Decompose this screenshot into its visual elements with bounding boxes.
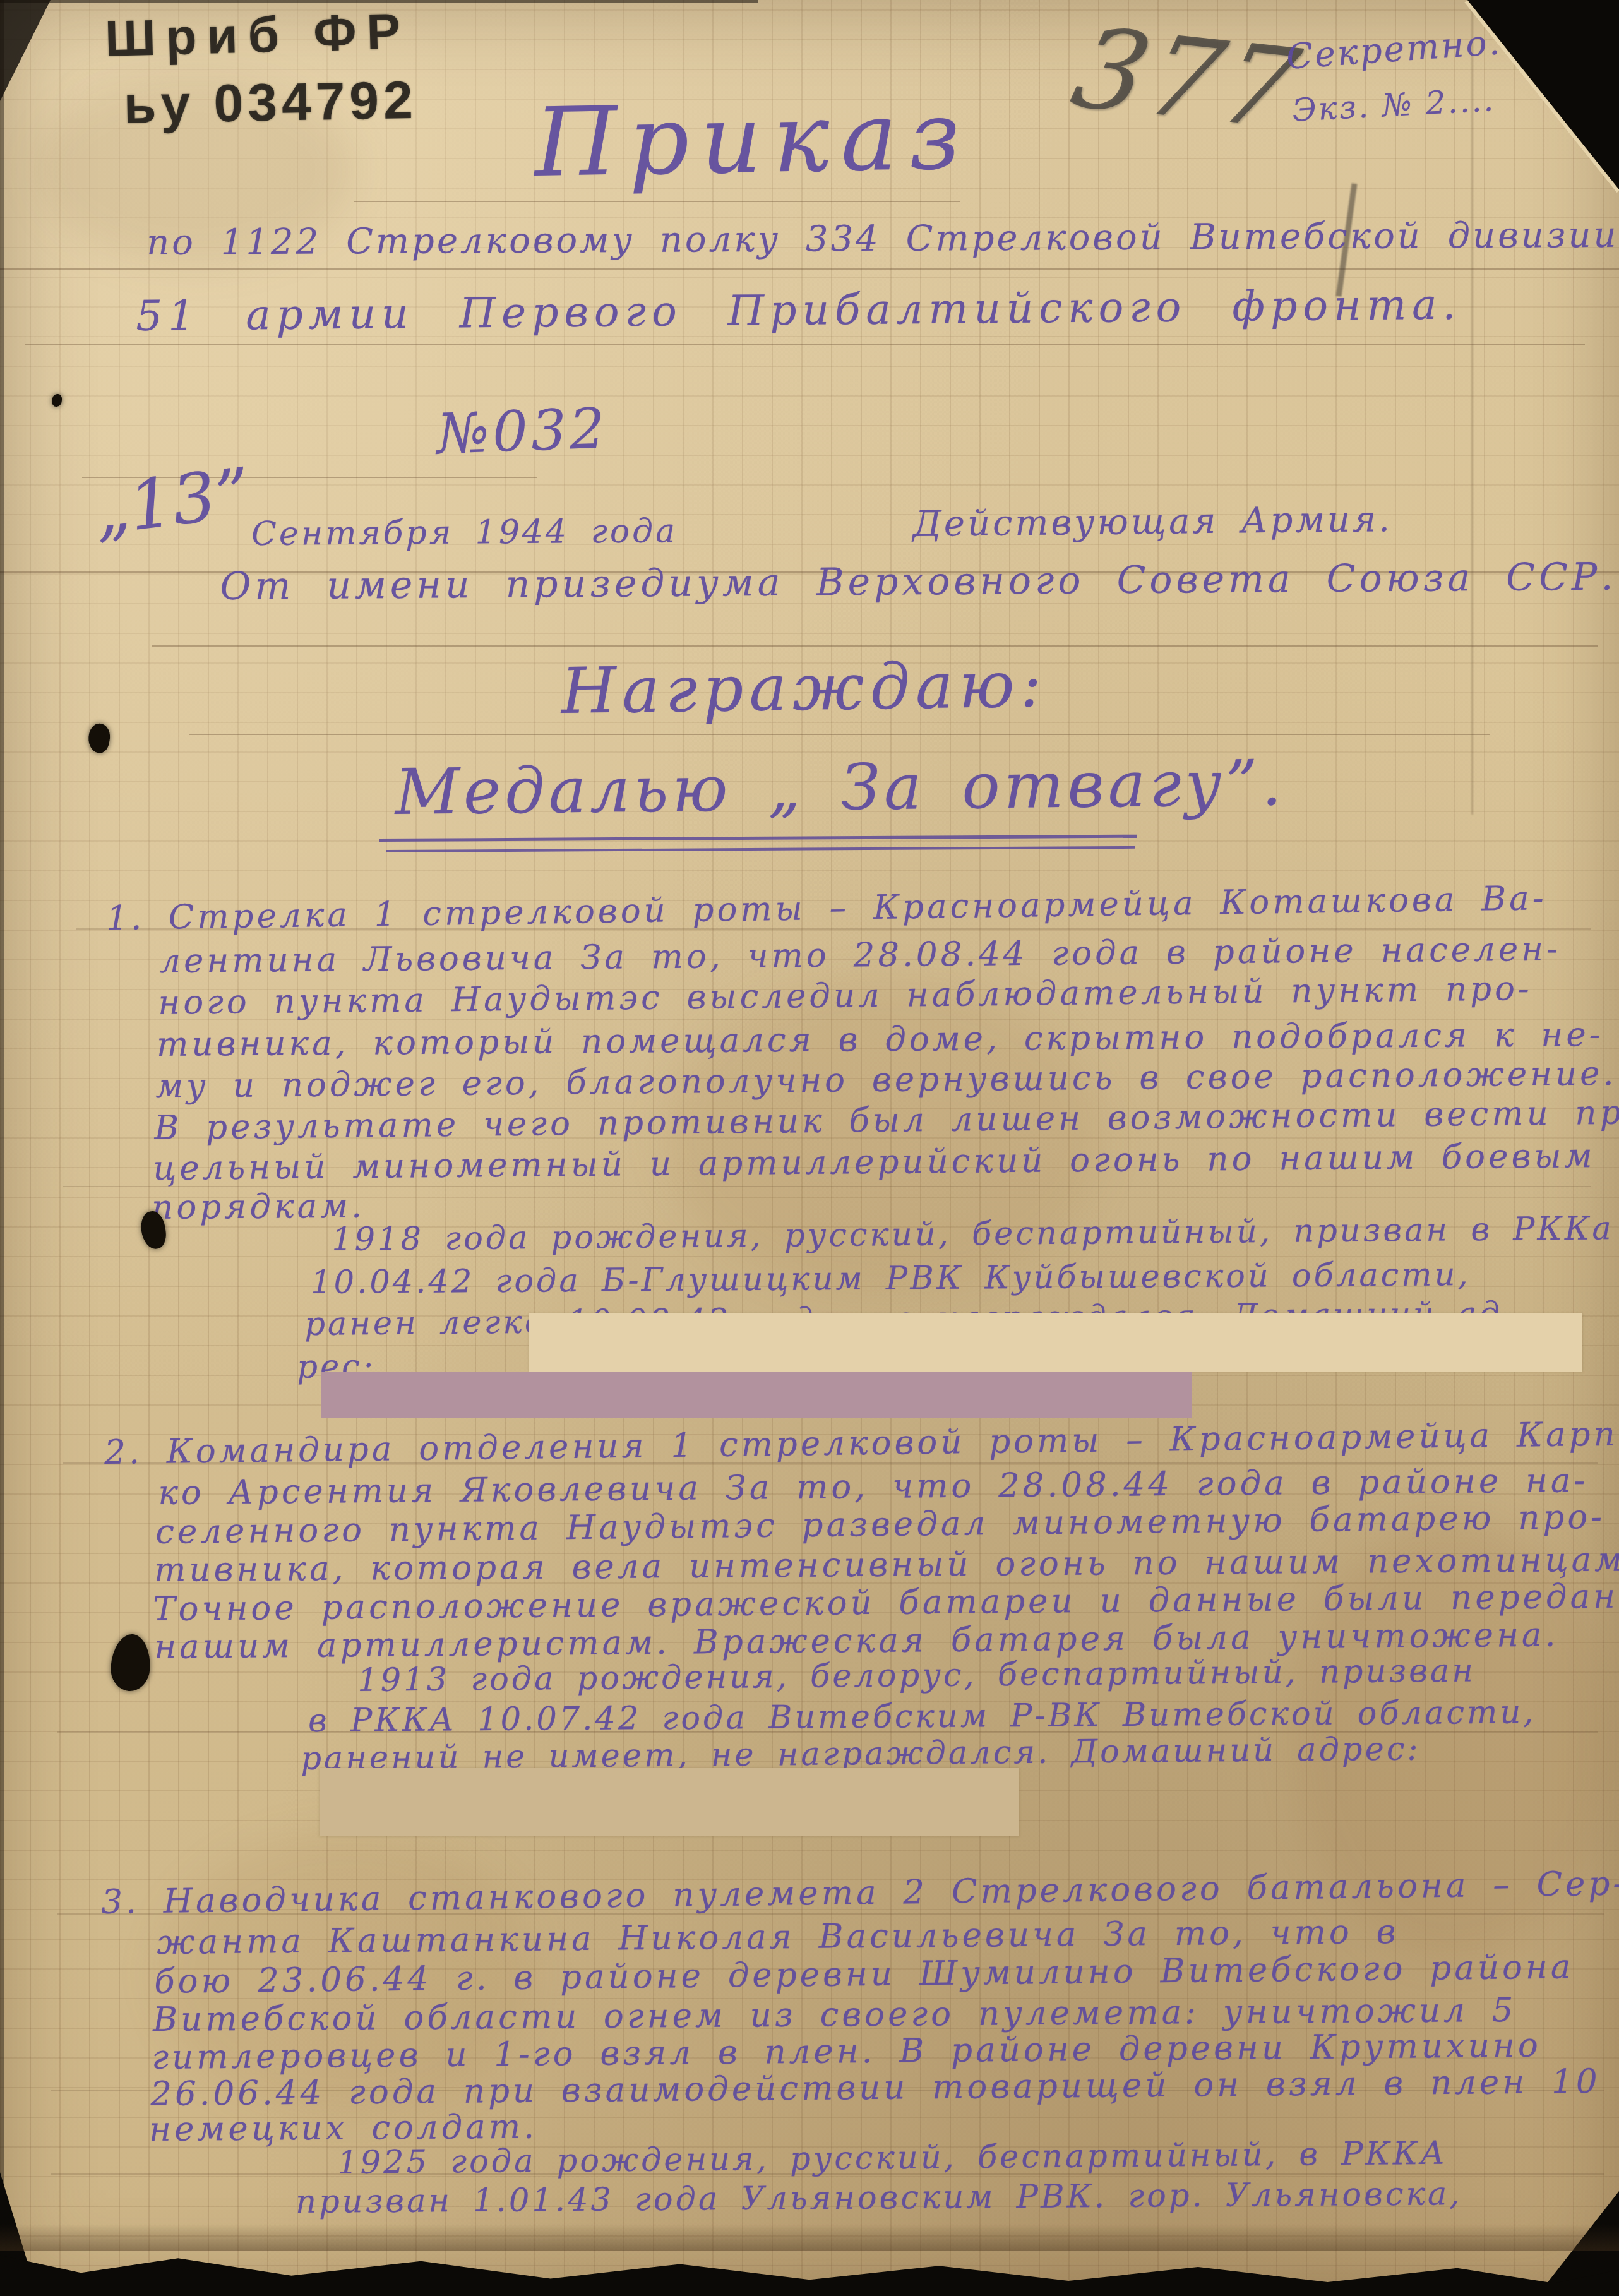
- archive-stamp-line2: ьу 034792: [123, 69, 418, 136]
- punch-hole: [109, 1633, 152, 1692]
- medal-underline: [379, 835, 1137, 842]
- page-edge: [0, 0, 51, 101]
- guide-line: [25, 344, 1585, 345]
- scanned-order-document: Шриб ФР ьу 034792 377 Секретно. Экз. № 2…: [0, 0, 1619, 2296]
- order-title: Приказ: [534, 81, 972, 198]
- order-date-day: „13”: [90, 453, 255, 551]
- order-number: №032: [436, 396, 609, 467]
- medal-underline: [386, 846, 1135, 852]
- copy-number-note: Экз. № 2....: [1291, 81, 1496, 129]
- guide-line: [354, 201, 960, 202]
- punch-hole: [52, 394, 62, 407]
- redaction-block-tan: [320, 1768, 1019, 1836]
- award-heading: Награждаю:: [561, 647, 1048, 728]
- order-unit-line: по 1122 Стрелковому полку 334 Стрелковой…: [146, 215, 1619, 263]
- page-edge: [0, 0, 4, 2296]
- entry1-bio-line: 1918 года рождения, русский, беспартийны…: [332, 1210, 1614, 1259]
- pencil-page-number: 377: [1061, 5, 1313, 154]
- archive-stamp-line1: Шриб ФР: [104, 2, 411, 68]
- order-front-line: 51 армии Первого Прибалтийского фронта.: [136, 280, 1462, 340]
- punch-hole: [86, 722, 113, 755]
- active-army-note: Действующая Армия.: [912, 499, 1392, 545]
- entry3-bio-line: призван 1.01.43 года Ульяновским РВК. го…: [296, 2175, 1462, 2221]
- guide-line: [0, 268, 1619, 270]
- page-edge: [0, 0, 758, 3]
- medal-name-line: Медалью „ За отвагу”.: [395, 746, 1286, 829]
- guide-line: [152, 645, 1598, 647]
- preamble-line: От имени призедиума Верховного Совета Со…: [220, 555, 1617, 609]
- secrecy-note: Секретно.: [1285, 21, 1503, 77]
- fold-crease: [1471, 0, 1473, 815]
- redaction-block-mauve: [321, 1372, 1192, 1418]
- guide-line: [189, 734, 1490, 735]
- order-date-rest: Сентября 1944 года: [251, 512, 678, 553]
- redaction-block-light: [529, 1313, 1582, 1372]
- bottom-edge-shadow: [0, 2224, 1619, 2251]
- entry1-bio-line: 10.04.42 года Б-Глушицким РВК Куйбышевск…: [311, 1256, 1471, 1301]
